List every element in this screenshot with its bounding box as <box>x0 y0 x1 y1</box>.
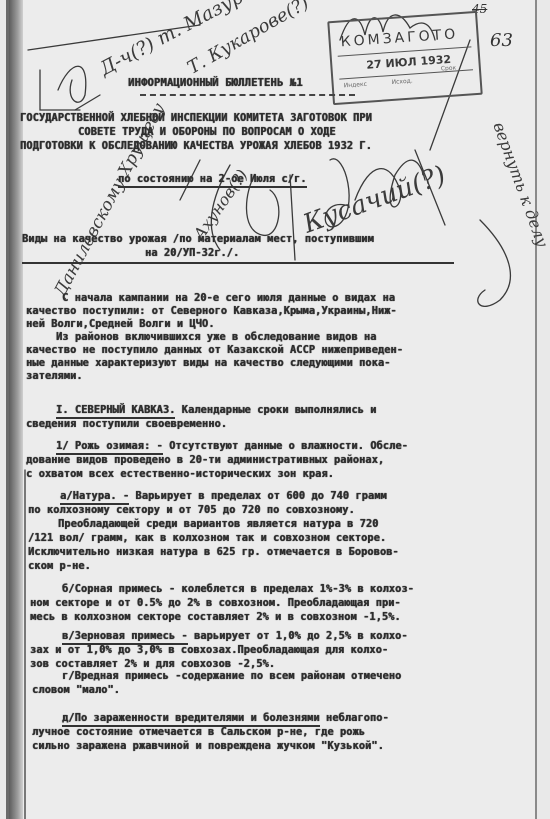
body-line: качество поступили: от Северного Кавказа… <box>26 306 397 317</box>
stamp-field: Индекс <box>344 81 368 90</box>
item-harmful-admixture: г/Вредная примесь -содержание по всем ра… <box>62 671 401 682</box>
item-line: ном секторе и от 0.5% до 2% в совхозном.… <box>30 598 401 609</box>
body-line: С начала кампании на 20-е сего июля данн… <box>62 293 395 304</box>
subject-line-2: на 20/УП-32г./. <box>145 248 239 259</box>
item-text: неблагопо- <box>320 713 389 724</box>
item-line: лучное состояние отмечается в Сальском р… <box>32 727 365 738</box>
item-text: Отсутствуют данные о влажности. Обсле- <box>169 441 408 452</box>
item-line: дование видов проведено в 20-ти админист… <box>26 455 384 466</box>
item-line: Исключительно низкая натура в 625 гр. от… <box>28 547 399 558</box>
subject-underline <box>22 262 454 264</box>
item-text: варьирует от 1,0% до 2,5% в колхо- <box>194 631 408 642</box>
issuer-line-3: ПОДГОТОВКИ К ОБСЛЕДОВАНИЮ КАЧЕСТВА УРОЖА… <box>20 141 372 152</box>
item-line: /121 вол/ грамм, как в колхозном так и с… <box>28 533 386 544</box>
item-rye: 1/ Рожь озимая: - Отсутствуют данные о в… <box>56 441 408 452</box>
as-of-date: по состоянию на 2-ое Июля с/г. <box>118 174 307 188</box>
item-title: б/Сорная примесь - <box>62 584 175 595</box>
item-line: словом "мало". <box>32 685 120 696</box>
item-text: колеблется в пределах 1%-3% в колхоз- <box>181 584 414 595</box>
stamp-field: Исход. <box>391 78 413 86</box>
item-title: г/Вредная примесь - <box>62 671 181 682</box>
item-line: сильно заражена ржавчиной и повреждена ж… <box>32 741 384 752</box>
section-title: I. СЕВЕРНЫЙ КАВКАЗ. <box>56 405 175 419</box>
item-title: а/Натура. - <box>60 491 129 505</box>
body-line: ней Волги,Средней Волги и ЦЧО. <box>26 319 215 330</box>
section-text: Календарные сроки выполнялись и <box>175 405 376 416</box>
item-pests: д/По зараженности вредителями и болезням… <box>62 713 389 724</box>
body-line: Из районов включившихся уже в обследован… <box>56 332 376 343</box>
item-line: месь в колхозном секторе составляет 2% и… <box>30 612 401 623</box>
item-line: Преобладающей среди вариантов является н… <box>58 519 378 530</box>
stamp-date: 27 ИЮЛ 1932 <box>366 53 452 72</box>
section-line: сведения поступили своевременно. <box>26 419 227 430</box>
issuer-line-2: СОВЕТЕ ТРУДА И ОБОРОНЫ ПО ВОПРОСАМ О ХОД… <box>78 127 336 138</box>
section-heading-north-caucasus: I. СЕВЕРНЫЙ КАВКАЗ. Календарные сроки вы… <box>56 405 376 416</box>
item-line: зов составляет 2% и для совхозов -2,5%. <box>30 659 275 670</box>
subject-line-1: Виды на качество урожая /по материалам м… <box>22 234 374 245</box>
item-line: с охватом всех естественно-исторических … <box>26 469 334 480</box>
item-title: в/Зерновая примесь - <box>62 631 188 645</box>
folio-number: 63 <box>490 30 513 51</box>
title-underline <box>140 94 355 96</box>
body-line: качество не поступило данных от Казакско… <box>26 345 403 356</box>
body-line: ные данные характеризуют виды на качеств… <box>26 358 390 369</box>
receipt-stamp: КОМЗАГОТО 27 ИЮЛ 1932 Индекс Исход. Срок <box>327 11 482 105</box>
item-natura: а/Натура. - Варьирует в пределах от 600 … <box>60 491 387 502</box>
item-weed-admixture: б/Сорная примесь - колеблется в пределах… <box>62 584 414 595</box>
item-line: ском р-не. <box>28 561 91 572</box>
item-line: зах и от 1,0% до 3,0% в совхозах.Преобла… <box>30 645 388 656</box>
item-title: д/По зараженности вредителями и болезням… <box>62 713 320 727</box>
item-text: Варьирует в пределах от 600 до 740 грамм <box>135 491 386 502</box>
item-line: по колхозному сектору и от 705 до 720 по… <box>28 505 355 516</box>
body-line: зателями. <box>26 371 83 382</box>
bulletin-title: ИНФОРМАЦИОННЫЙ БЮЛЛЕТЕНЬ №1 <box>128 77 303 89</box>
issuer-line-1: ГОСУДАРСТВЕННОЙ ХЛЕБНОЙ ИНСПЕКЦИИ КОМИТЕ… <box>20 113 372 124</box>
item-grain-admixture: в/Зерновая примесь - варьирует от 1,0% д… <box>62 631 408 642</box>
item-title: 1/ Рожь озимая: - <box>56 441 163 455</box>
item-text: содержание по всем районам отмечено <box>181 671 401 682</box>
stamp-organization: КОМЗАГОТО <box>340 26 459 50</box>
stamp-field: Срок <box>441 64 457 72</box>
